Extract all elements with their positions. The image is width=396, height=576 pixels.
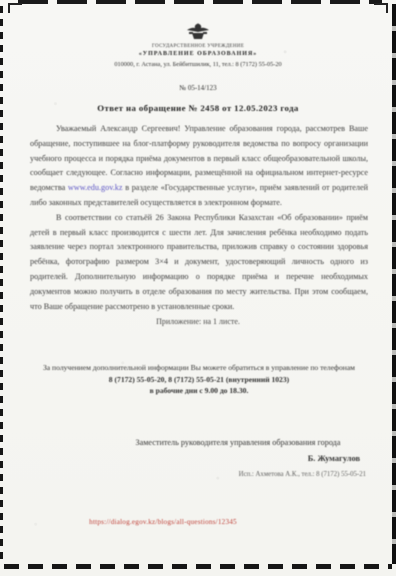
page-edge-top xyxy=(18,0,382,4)
notice-line: За получением дополнительной информации … xyxy=(28,362,370,374)
notice-phone-line: 8 (7172) 55-05-20, 8 (7172) 55-05-21 (вн… xyxy=(28,374,370,386)
body-paragraph-1: Уважаемый Александр Сергеевич! Управлени… xyxy=(30,122,368,211)
page-edge-bottom xyxy=(4,564,392,569)
letterhead-org-small: ГОСУДАРСТВЕННОЕ УЧРЕЖДЕНИЕ xyxy=(0,44,396,49)
letter-title: Ответ на обращение № 2458 от 12.05.2023 … xyxy=(40,103,356,113)
contact-notice-block: За получением дополнительной информации … xyxy=(28,362,370,397)
attachment-line: Приложение: на 1 листе. xyxy=(0,317,396,326)
executor-line: Исп.: Ахметова А.К., тел.: 8 (7172) 55-0… xyxy=(110,471,366,478)
letterhead-address: 010000, г. Астана, ул. Бейбитшилик, 11, … xyxy=(0,61,396,68)
page-edge-right xyxy=(392,4,396,564)
notice-line: в рабочие дни с 9.00 до 18.30. xyxy=(28,385,370,397)
reference-number: № 05-14/123 xyxy=(0,84,396,92)
scanned-letter-page: ГОСУДАРСТВЕННОЕ УЧРЕЖДЕНИЕ «УПРАВЛЕНИЕ О… xyxy=(0,0,396,576)
inline-hyperlink[interactable]: www.edu.gov.kz xyxy=(68,183,123,192)
signer-name: Б. Жумагулов xyxy=(110,454,366,463)
letter-content: ГОСУДАРСТВЕННОЕ УЧРЕЖДЕНИЕ «УПРАВЛЕНИЕ О… xyxy=(0,0,396,576)
letter-body: Уважаемый Александр Сергеевич! Управлени… xyxy=(30,122,368,318)
letterhead-org-name: «УПРАВЛЕНИЕ ОБРАЗОВАНИЯ» xyxy=(0,51,396,57)
scan-corner-mark-left xyxy=(8,3,22,13)
scan-corner-mark-right xyxy=(374,3,388,13)
page-edge-left xyxy=(0,6,3,562)
paragraph-text: Уважаемый Александр Сергеевич! Управлени… xyxy=(30,124,368,192)
footer-source-link[interactable]: https://dialog.egov.kz/blogs/all-questio… xyxy=(0,518,326,526)
signature-block: Заместитель руководителя управления обра… xyxy=(110,438,366,478)
signer-role: Заместитель руководителя управления обра… xyxy=(110,438,366,447)
body-paragraph-2: В соответствии со статьёй 26 Закона Респ… xyxy=(30,211,368,315)
